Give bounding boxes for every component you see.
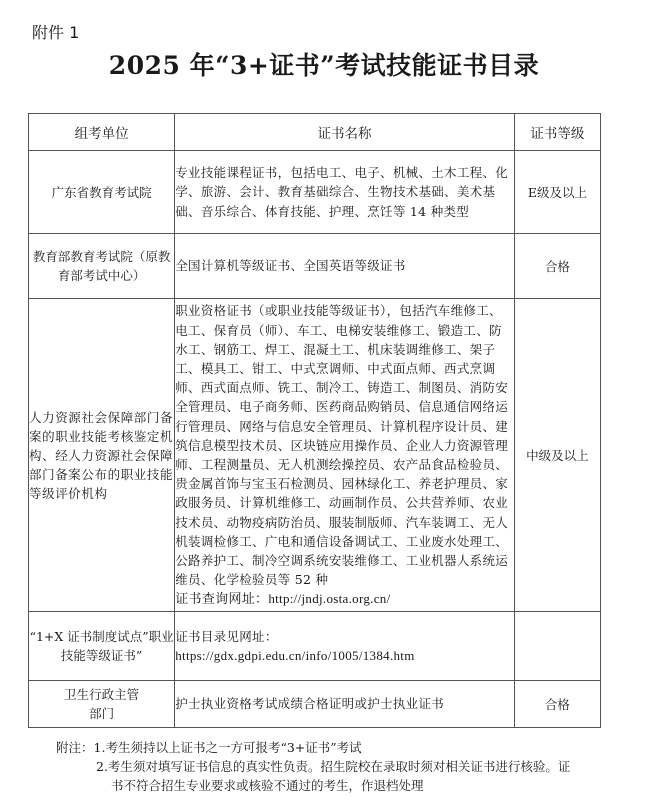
footnote-label: 附注： <box>56 740 94 755</box>
table-row: 广东省教育考试院 专业技能课程证书，包括电工、电子、机械、土木工程、化学、旅游、… <box>29 151 601 234</box>
header-exam-unit: 组考单位 <box>29 114 175 151</box>
row-level: E级及以上 <box>514 151 600 234</box>
row-level <box>514 612 600 681</box>
row-unit: 广东省教育考试院 <box>29 151 175 234</box>
certificate-query-url[interactable]: 证书查询网址：http://jndj.osta.org.cn/ <box>175 589 514 608</box>
row-level: 中级及以上 <box>514 299 600 612</box>
header-certificate-level: 证书等级 <box>514 114 600 151</box>
footnote-2-continued: 书不符合招生专业要求或核验不通过的考生，作退档处理 <box>56 776 626 795</box>
row-certificate-name: 职业资格证书（或职业技能等级证书），包括汽车维修工、电工、保育员（师）、车工、电… <box>175 299 515 612</box>
footnote-text: 1.考生须持以上证书之一方可报考“3+证书”考试 <box>94 740 362 755</box>
table-row: 卫生行政主管部门 护士执业资格考试成绩合格证明或护士执业证书 合格 <box>29 681 601 728</box>
row-unit: 卫生行政主管部门 <box>29 681 175 728</box>
row-certificate-name: 证书目录见网址： https://gdx.gdpi.edu.cn/info/10… <box>175 612 515 681</box>
document-title: 2025 年“3+证书”考试技能证书目录 <box>0 46 648 82</box>
unit-text: 教育部教育考试院（原教育部考试中心） <box>29 247 174 285</box>
row-certificate-name: 全国计算机等级证书、全国英语等级证书 <box>175 234 515 299</box>
catalog-url-link[interactable]: https://gdx.gdpi.edu.cn/info/1005/1384.h… <box>175 646 514 665</box>
footnotes: 附注：1.考生须持以上证书之一方可报考“3+证书”考试 2.考生须对填写证书信息… <box>56 738 626 795</box>
row-unit: “1+X 证书制度试点”职业技能等级证书” <box>29 612 175 681</box>
certificate-list-text: 职业资格证书（或职业技能等级证书），包括汽车维修工、电工、保育员（师）、车工、电… <box>175 301 514 589</box>
footnote-1: 附注：1.考生须持以上证书之一方可报考“3+证书”考试 <box>56 738 626 757</box>
header-certificate-name: 证书名称 <box>175 114 515 151</box>
table-row: 教育部教育考试院（原教育部考试中心） 全国计算机等级证书、全国英语等级证书 合格 <box>29 234 601 299</box>
row-level: 合格 <box>514 234 600 299</box>
row-unit: 教育部教育考试院（原教育部考试中心） <box>29 234 175 299</box>
row-unit: 人力资源社会保障部门备案的职业技能考核鉴定机构、经人力资源社会保障部门备案公布的… <box>29 299 175 612</box>
unit-text: “1+X 证书制度试点”职业技能等级证书” <box>29 627 174 665</box>
unit-text: 卫生行政主管部门 <box>29 685 174 723</box>
certificate-catalog-table: 组考单位 证书名称 证书等级 广东省教育考试院 专业技能课程证书，包括电工、电子… <box>28 113 601 728</box>
row-level: 合格 <box>514 681 600 728</box>
attachment-label: 附件 1 <box>32 20 79 43</box>
unit-text: 广东省教育考试院 <box>29 183 174 202</box>
table-row: “1+X 证书制度试点”职业技能等级证书” 证书目录见网址： https://g… <box>29 612 601 681</box>
table-row: 人力资源社会保障部门备案的职业技能考核鉴定机构、经人力资源社会保障部门备案公布的… <box>29 299 601 612</box>
footnote-2: 2.考生须对填写证书信息的真实性负责。招生院校在录取时须对相关证书进行核验。证 <box>56 757 626 776</box>
row-certificate-name: 专业技能课程证书，包括电工、电子、机械、土木工程、化学、旅游、会计、教育基础综合… <box>175 151 515 234</box>
unit-text: 人力资源社会保障部门备案的职业技能考核鉴定机构、经人力资源社会保障部门备案公布的… <box>29 408 174 503</box>
table-header-row: 组考单位 证书名称 证书等级 <box>29 114 601 151</box>
catalog-url-label: 证书目录见网址： <box>175 627 514 646</box>
row-certificate-name: 护士执业资格考试成绩合格证明或护士执业证书 <box>175 681 515 728</box>
